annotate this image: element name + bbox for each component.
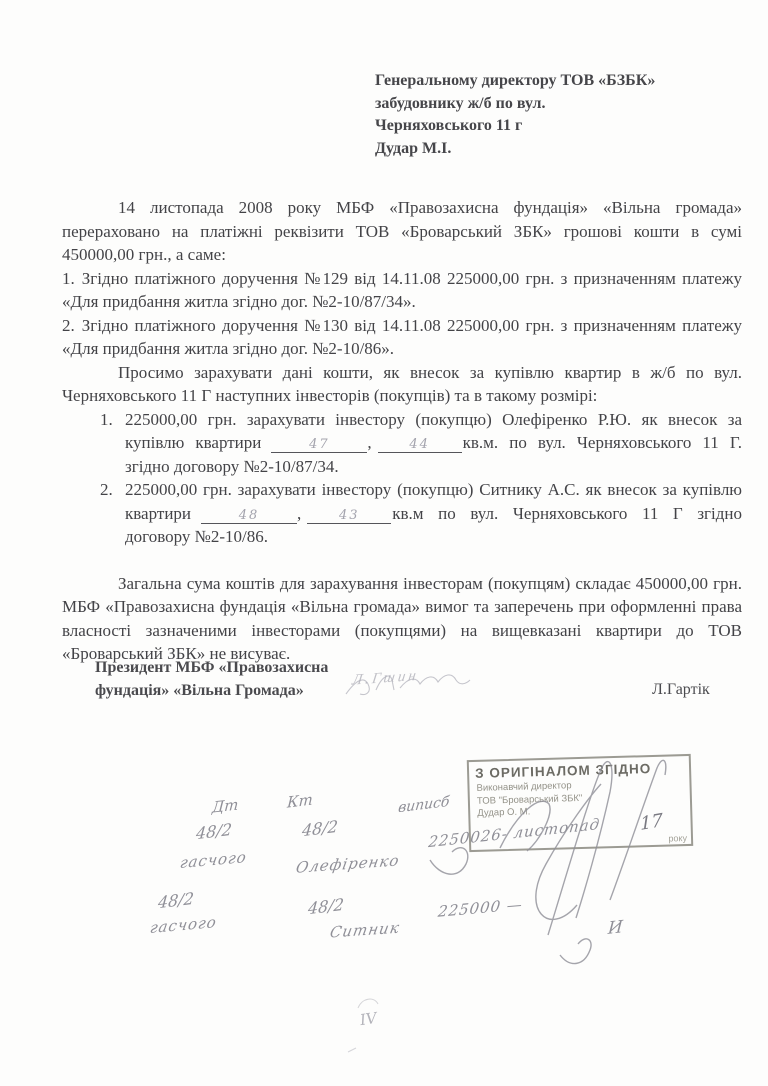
recipient-line: забудовнику ж/б по вул. [375, 93, 735, 116]
separator-comma: , [297, 504, 301, 523]
payment-order-item: 1.Згідно платіжного доручення №129 від 1… [62, 267, 742, 314]
handwriting-investor-name: Олефіренко [295, 851, 402, 876]
area-blank: 44 [378, 435, 462, 453]
paragraph-request: Просимо зарахувати дані кошти, як внесок… [62, 361, 742, 408]
item-text: Згідно платіжного доручення №129 від 14.… [62, 269, 742, 312]
separator-comma: , [367, 433, 371, 452]
recipient-line: Черняховського 11 г [375, 115, 735, 138]
recipient-line: Дудар М.І. [375, 138, 735, 161]
recipient-line: Генеральному директору ТОВ «БЗБК» [375, 70, 735, 93]
handwriting-investor-name: Ситник [328, 918, 401, 941]
item-number: 2. [100, 478, 113, 502]
investor-item: 1. 225000,00 грн. зарахувати інвестору (… [62, 408, 742, 479]
stamp-year-suffix: року [668, 833, 687, 844]
handwriting-word: гасчого [179, 848, 249, 872]
signer-title: Президент МБФ «Правозахисна фундація» «В… [95, 657, 395, 702]
handwriting-account-number: 48/2 [307, 895, 344, 919]
investor-item: 2. 225000,00 грн. зарахувати інвестору (… [62, 478, 742, 549]
scanned-letter-page: Генеральному директору ТОВ «БЗБК» забудо… [0, 0, 768, 1086]
handwritten-apartment-number: 47 [309, 437, 330, 452]
signer-name: Л.Гартік [652, 681, 710, 699]
handwritten-apartment-number: 48 [239, 508, 260, 523]
handwriting-credit-label: Кт [287, 790, 314, 811]
item-number: 1. [62, 269, 75, 288]
handwriting-debit-label: Дт [211, 796, 239, 817]
paragraph-intro: 14 листопада 2008 року МБФ «Правозахисна… [62, 196, 742, 267]
item-number: 2. [62, 316, 75, 335]
handwriting-account-number: 48/2 [157, 889, 194, 913]
paragraph-summary: Загальна сума коштів для зарахування інв… [62, 572, 742, 666]
handwriting-account-number: 48/2 [301, 817, 338, 841]
payment-order-item: 2.Згідно платіжного доручення №130 від 1… [62, 314, 742, 361]
signer-title-line: Президент МБФ «Правозахисна [95, 657, 395, 680]
handwritten-area-number: 43 [339, 508, 360, 523]
handwriting-initials: И [607, 917, 623, 939]
handwriting-note: виписб [397, 794, 450, 817]
handwriting-amount: 225000 — [437, 895, 524, 921]
letter-body: 14 листопада 2008 року МБФ «Правозахисна… [62, 196, 742, 666]
handwriting-account-number: 48/2 [195, 820, 232, 844]
handwriting-day-number: 17 [640, 810, 663, 835]
area-blank: 43 [307, 506, 391, 524]
handwriting-word: гасчого [149, 913, 219, 937]
apartment-number-blank: 47 [271, 435, 367, 453]
handwritten-area-number: 44 [409, 437, 430, 452]
handwriting-page-mark: IV [359, 1009, 378, 1029]
apartment-number-blank: 48 [201, 506, 297, 524]
signer-title-line: фундація» «Вільна Громада» [95, 680, 395, 703]
item-text: Згідно платіжного доручення №130 від 14.… [62, 316, 742, 359]
item-number: 1. [100, 408, 113, 432]
recipient-block: Генеральному директору ТОВ «БЗБК» забудо… [375, 70, 735, 160]
